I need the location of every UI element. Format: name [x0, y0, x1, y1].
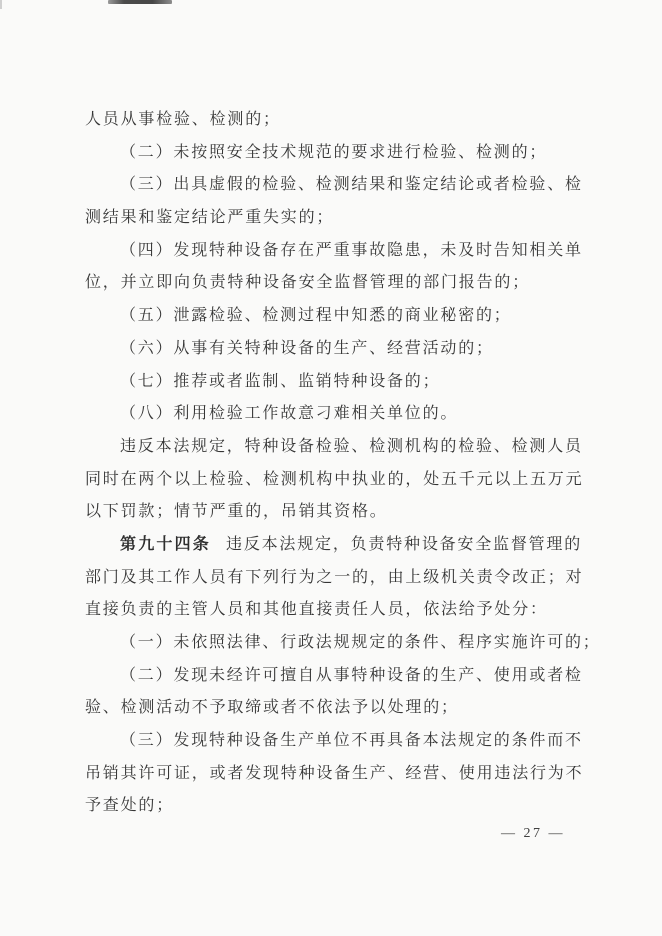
body-text: 人员从事检验、检测的； （二）未按照安全技术规范的要求进行检验、检测的； （三）… [85, 104, 585, 823]
text-line: （二）发现未经许可擅自从事特种设备的生产、使用或者检 [85, 660, 585, 693]
page-number: — 27 — [501, 826, 565, 842]
text-line: 予查处的； [85, 790, 585, 823]
text-line: （五）泄露检验、检测过程中知悉的商业秘密的； [85, 300, 585, 333]
scan-artifact-bar [108, 0, 172, 4]
text-line: （七）推荐或者监制、监销特种设备的； [85, 366, 585, 399]
text-line: （三）发现特种设备生产单位不再具备本法规定的条件而不 [85, 725, 585, 758]
text-line: 位，并立即向负责特种设备安全监督管理的部门报告的； [85, 267, 585, 300]
text-line: 违反本法规定，特种设备检验、检测机构的检验、检测人员 [85, 431, 585, 464]
text-line: （三）出具虚假的检验、检测结果和鉴定结论或者检验、检 [85, 169, 585, 202]
text-line: （一）未依照法律、行政法规规定的条件、程序实施许可的； [85, 627, 585, 660]
text-line: 以下罚款；情节严重的，吊销其资格。 [85, 496, 585, 529]
article-number-label: 第九十四条 [120, 536, 211, 553]
text-line-article-94: 第九十四条违反本法规定，负责特种设备安全监督管理的 [85, 529, 585, 562]
text-line: （八）利用检验工作故意刁难相关单位的。 [85, 398, 585, 431]
article-text: 违反本法规定，负责特种设备安全监督管理的 [226, 536, 582, 553]
text-line: 人员从事检验、检测的； [85, 104, 585, 137]
text-line: （二）未按照安全技术规范的要求进行检验、检测的； [85, 137, 585, 170]
text-line: 吊销其许可证，或者发现特种设备生产、经营、使用违法行为不 [85, 758, 585, 791]
text-line: （四）发现特种设备存在严重事故隐患，未及时告知相关单 [85, 235, 585, 268]
text-line: （六）从事有关特种设备的生产、经营活动的； [85, 333, 585, 366]
text-line: 测结果和鉴定结论严重失实的； [85, 202, 585, 235]
text-line: 同时在两个以上检验、检测机构中执业的，处五千元以上五万元 [85, 464, 585, 497]
text-line: 验、检测活动不予取缔或者不依法予以处理的； [85, 692, 585, 725]
scan-artifact-corner [0, 0, 2, 9]
text-line: 部门及其工作人员有下列行为之一的，由上级机关责令改正；对 [85, 562, 585, 595]
text-line: 直接负责的主管人员和其他直接责任人员，依法给予处分： [85, 594, 585, 627]
